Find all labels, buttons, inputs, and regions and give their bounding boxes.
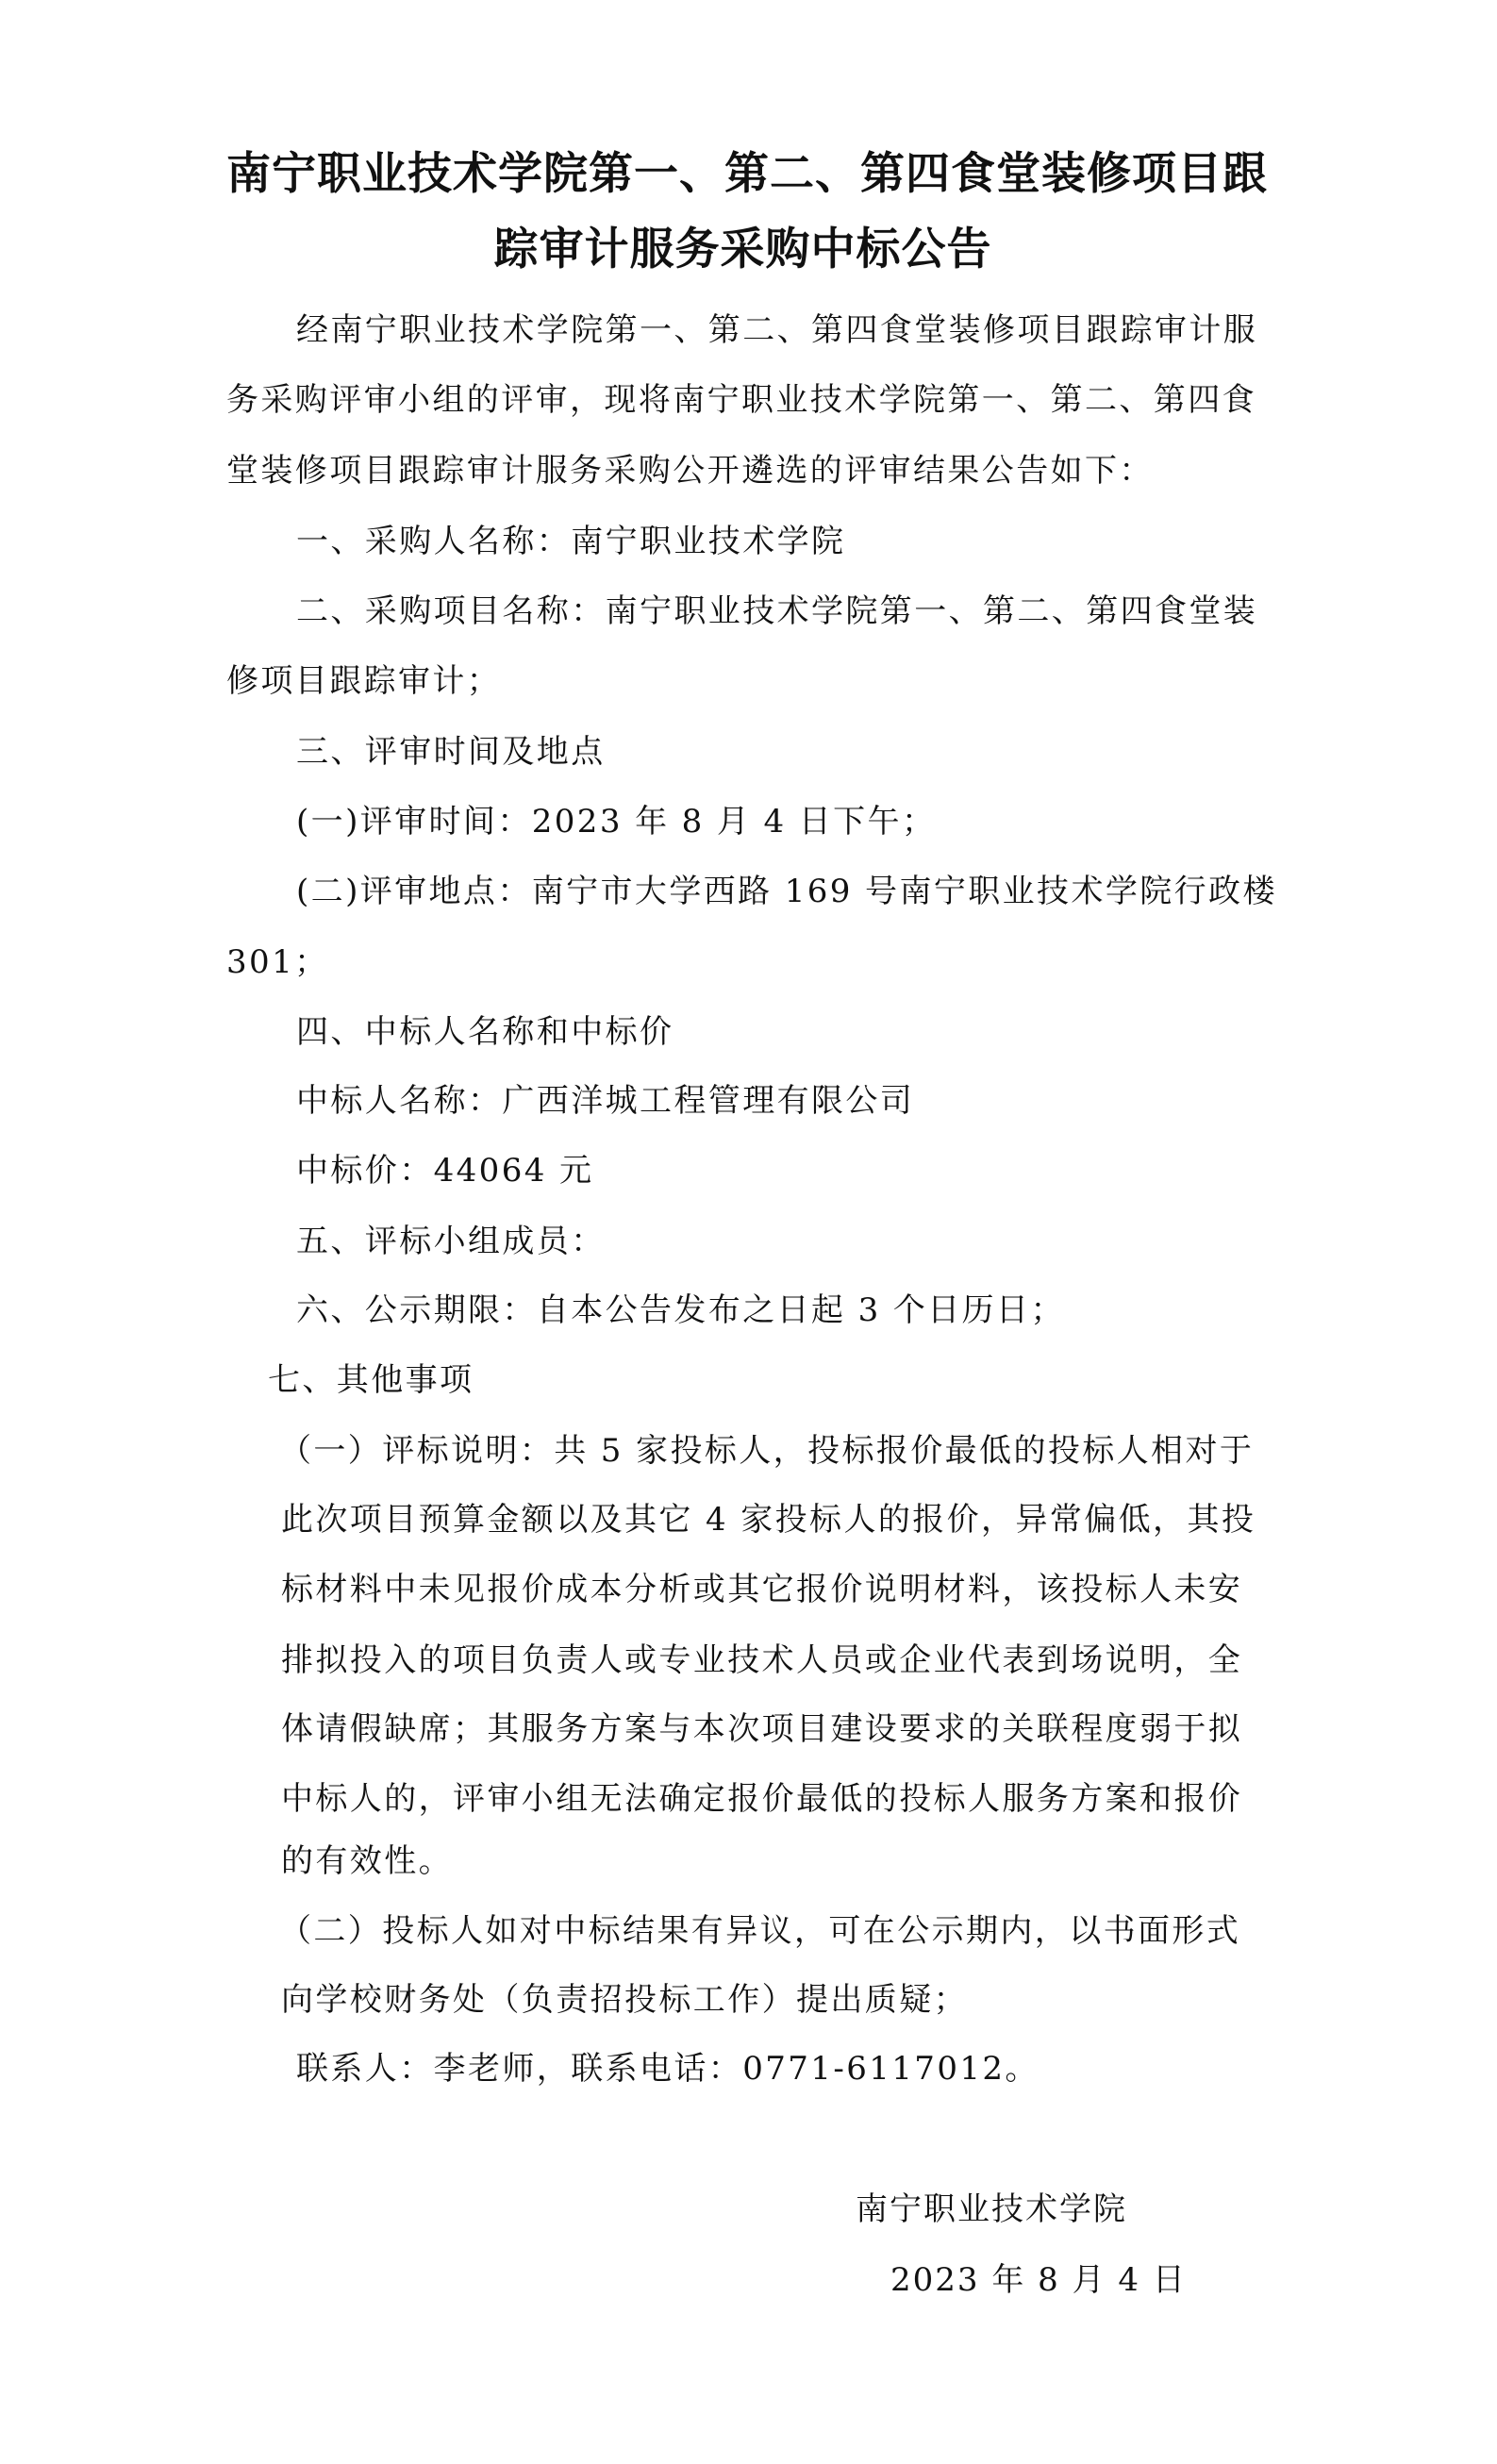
section-5-panel: 五、评标小组成员： xyxy=(296,1221,606,1262)
section-7-note1-line-1: （一）评标说明：共 5 家投标人，投标报价最低的投标人相对于 xyxy=(279,1430,1254,1472)
section-7-contact: 联系人：李老师，联系电话：0771-6117012。 xyxy=(296,2048,1040,2089)
section-4-heading: 四、中标人名称和中标价 xyxy=(296,1011,674,1053)
section-2-line-1: 二、采购项目名称：南宁职业技术学院第一、第二、第四食堂装 xyxy=(296,591,1257,632)
section-7-note1-line-7: 的有效性。 xyxy=(281,1840,453,1882)
section-7-note1-line-5: 体请假缺席；其服务方案与本次项目建设要求的关联程度弱于拟 xyxy=(281,1708,1242,1750)
section-7-note1-line-6: 中标人的，评审小组无法确定报价最低的投标人服务方案和报价 xyxy=(281,1778,1242,1820)
section-7-note1-line-4: 排拟投入的项目负责人或专业技术人员或企业代表到场说明，全 xyxy=(281,1640,1242,1681)
section-3-time: (一)评审时间：2023 年 8 月 4 日下午； xyxy=(296,801,936,842)
section-6-period: 六、公示期限：自本公告发布之日起 3 个日历日； xyxy=(296,1290,1065,1331)
title-line-2: 踪审计服务采购中标公告 xyxy=(226,222,1259,278)
section-7-note2-line-1: （二）投标人如对中标结果有异议，可在公示期内，以书面形式 xyxy=(279,1910,1240,1952)
section-3-place-line-1: (二)评审地点：南宁市大学西路 169 号南宁职业技术学院行政楼 xyxy=(296,871,1277,912)
section-3-heading: 三、评审时间及地点 xyxy=(296,731,606,773)
signature-org: 南宁职业技术学院 xyxy=(856,2189,1127,2230)
section-7-note1-line-3: 标材料中未见报价成本分析或其它报价说明材料，该投标人未安 xyxy=(281,1569,1242,1610)
intro-line-1: 经南宁职业技术学院第一、第二、第四食堂装修项目跟踪审计服 xyxy=(296,309,1257,351)
section-4-price: 中标价：44064 元 xyxy=(296,1150,593,1191)
signature-date: 2023 年 8 月 4 日 xyxy=(890,2259,1187,2301)
section-1-purchaser: 一、采购人名称：南宁职业技术学院 xyxy=(296,521,845,562)
title-line-1: 南宁职业技术学院第一、第二、第四食堂装修项目跟 xyxy=(226,146,1259,203)
section-7-note2-line-2: 向学校财务处（负责招投标工作）提出质疑； xyxy=(281,1979,968,2021)
section-3-place-line-2: 301； xyxy=(226,941,329,983)
intro-line-3: 堂装修项目跟踪审计服务采购公开遴选的评审结果公告如下： xyxy=(226,450,1154,491)
section-7-note1-line-2: 此次项目预算金额以及其它 4 家投标人的报价，异常偏低，其投 xyxy=(281,1499,1256,1540)
intro-line-2: 务采购评审小组的评审，现将南宁职业技术学院第一、第二、第四食 xyxy=(226,379,1256,421)
section-4-winner: 中标人名称：广西洋城工程管理有限公司 xyxy=(296,1080,914,1122)
section-2-line-2: 修项目跟踪审计； xyxy=(226,660,501,702)
section-7-heading: 七、其他事项 xyxy=(268,1359,474,1401)
